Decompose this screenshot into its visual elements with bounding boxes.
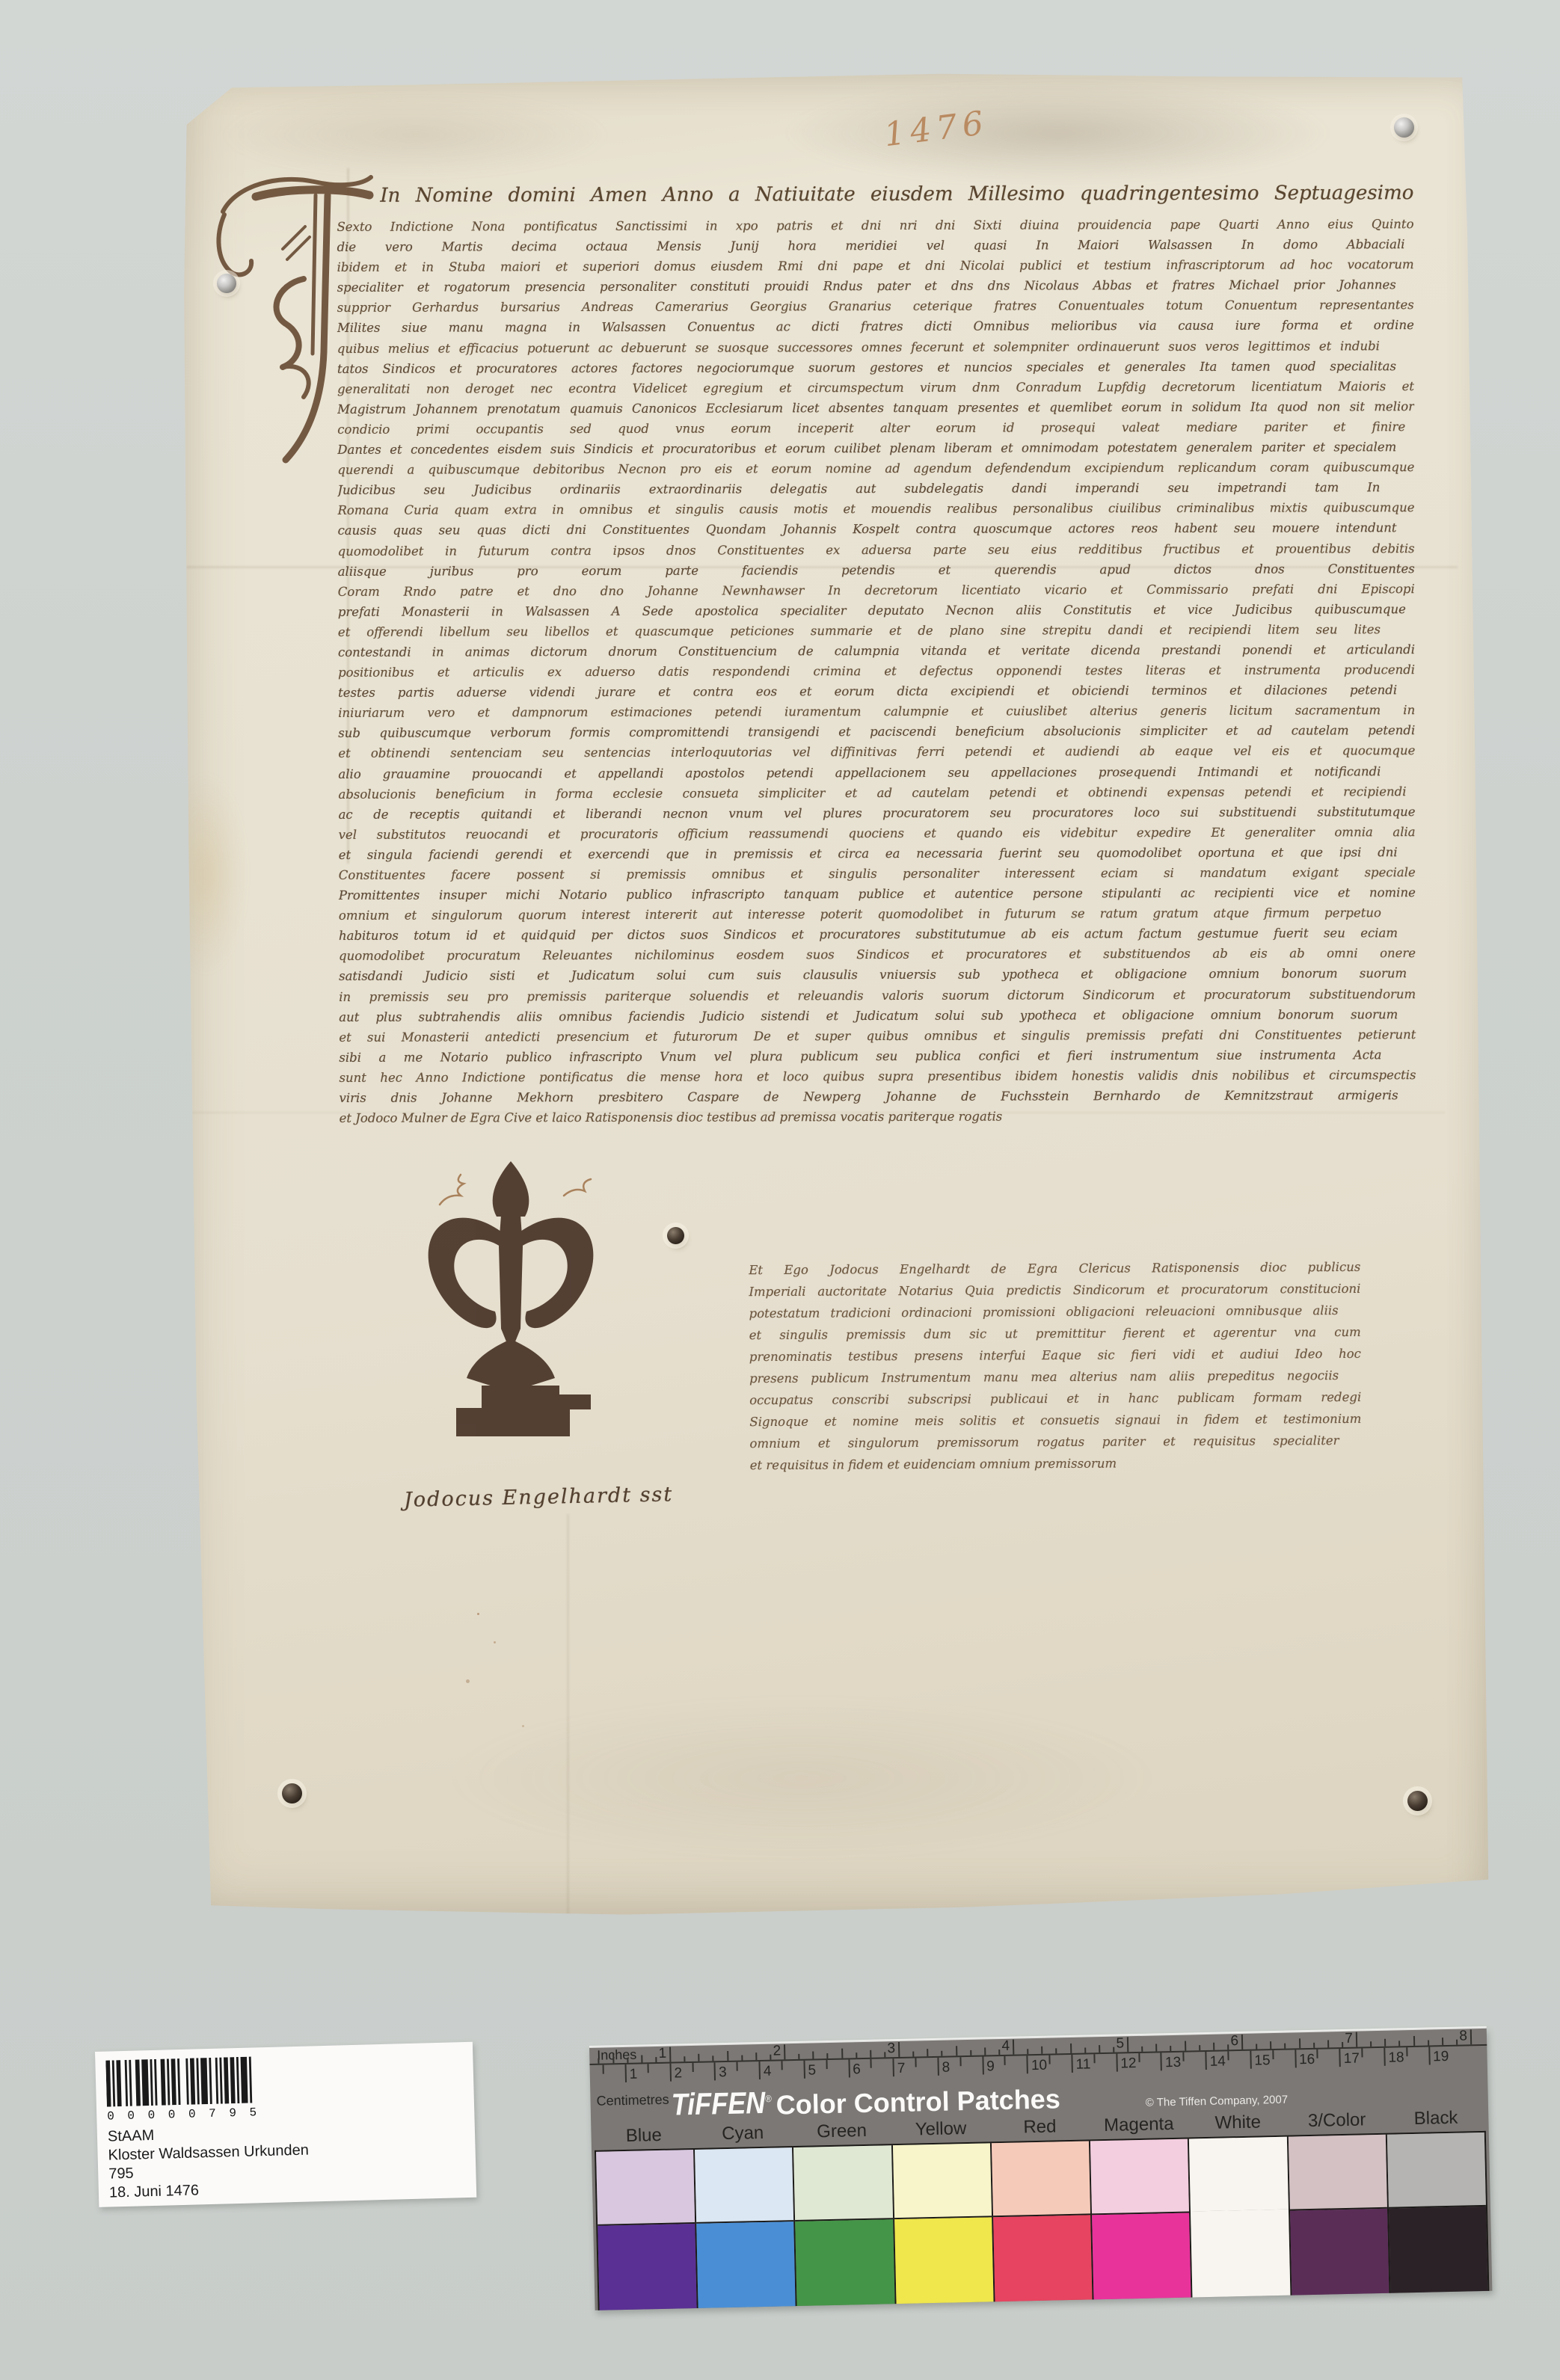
ruler-tick [669,2047,671,2062]
ruler-tick [612,2053,614,2063]
cm-number: 7 [897,2061,906,2077]
ruler-tick [1256,2044,1257,2050]
tiffen-logo: TiFFEN® [671,2085,772,2123]
ruler-tick [1270,2041,1271,2049]
inch-number: 2 [761,2043,781,2060]
fold-crease [567,1514,569,1933]
ruler-tick [1199,2045,1200,2050]
patch-column [893,2143,995,2304]
ruler-tick [759,2061,761,2079]
ruler-tick [893,2058,895,2076]
parchment-document: 1476 In Nomine domini Amen Anno a Natiui… [179,71,1490,1916]
ruler-tick [1339,2049,1341,2067]
manuscript-line: satisdandi Judicio sisti et Judicatum so… [339,967,1416,990]
ruler-tick [798,2054,799,2059]
ruler-tick [1406,2047,1407,2056]
notarial-line: Signoque et nomine meis solitis et consu… [749,1412,1361,1436]
barcode-digit: 5 [249,2106,257,2119]
patch-vivid-green [796,2219,895,2306]
manuscript-line: et singula faciendi gerendi et exercendi… [339,845,1416,868]
stain [219,93,612,176]
barcode-digit: 0 [168,2108,176,2121]
ruler-tick [1295,2050,1297,2067]
cm-number: 9 [986,2058,995,2075]
ruler-tick [1356,2032,1357,2047]
manuscript-line: Judicibus seu Judicibus ordinariis extra… [337,480,1414,503]
inch-number: 5 [1105,2035,1124,2052]
ruler-tick [1442,2038,1443,2045]
ruler-tick [982,2057,984,2075]
ruler-tick [812,2051,814,2058]
cm-number: 5 [808,2062,816,2079]
cm-number: 10 [1031,2058,1048,2074]
patch-label: Cyan [693,2122,793,2145]
barcode-digit: 7 [209,2107,216,2121]
manuscript-line: quomodolibet procuratum Releuantes nichi… [339,946,1416,969]
manuscript-line: prefati Monasterii in Walsassen A Sede a… [338,602,1415,625]
ruler-tick [1327,2040,1329,2047]
patch-vivid-3/color [1290,2209,1389,2296]
notarial-line: potestatum tradicioni ordinacioni promis… [749,1303,1361,1328]
manuscript-line: contestandi in animas dictorum dnorum Co… [338,642,1415,665]
manuscript-line: in premissis seu pro premissis pariterqu… [339,987,1416,1010]
patch-vivid-blue [598,2224,697,2310]
ruler-tick [1413,2036,1414,2046]
ruler-tick [1361,2048,1363,2057]
ruler-tick [1041,2047,1042,2054]
ruler-tick [784,2044,785,2059]
ruler-tick [1183,2052,1185,2061]
ruler-tick [803,2061,805,2079]
registered-mark: ® [765,2093,772,2104]
archival-scan: 1476 In Nomine domini Amen Anno a Natiui… [0,0,1560,2380]
ruler-tick [627,2058,628,2063]
patch-label: Green [792,2120,891,2143]
manuscript-line: Magistrum Johannem prenotatum quamuis Ca… [337,399,1414,422]
ruler-tick [1205,2052,1207,2070]
manuscript-line: et Jodoco Mulner de Egra Cive et laico R… [340,1110,1007,1131]
ruler-tick [827,2053,829,2058]
cm-number: 4 [764,2064,772,2080]
ruler-tick [641,2055,642,2062]
inch-number: 1 [647,2046,666,2063]
inch-number: 4 [990,2038,1010,2055]
ruler-tick [1284,2044,1286,2049]
ruler-tick [781,2061,782,2070]
ruler-tick [1161,2052,1163,2070]
patch-label: Blue [594,2124,693,2147]
manuscript-line: sunt hec Anno Indictione pontificatus di… [339,1068,1416,1091]
patch-vivid-cyan [696,2221,796,2308]
ruler-tick [942,2051,943,2056]
ruler-tick [1428,2047,1431,2064]
notarial-line: presens publicum Instrumentum manu mea a… [749,1368,1361,1393]
ruler-tick [1155,2044,1157,2051]
cm-number: 15 [1254,2052,1271,2069]
ruler-tick [856,2052,857,2058]
patch-column [1387,2133,1488,2293]
cm-number: 18 [1388,2050,1404,2066]
barcode-digit: 0 [107,2109,114,2123]
notarial-line: Imperiali auctoritate Notarius Quia pred… [749,1282,1360,1306]
patch-pastel-cyan [695,2147,793,2224]
ruler-tick [737,2062,738,2071]
ruler-tick [698,2054,699,2061]
notarial-subscription: Et Ego Jodocus Engelhardt de Egra Cleric… [749,1260,1362,1480]
patch-pastel-yellow [893,2143,992,2219]
ruler-tick [1049,2055,1051,2064]
barcode-digit: 9 [229,2106,236,2120]
ruler-tick [1056,2048,1057,2053]
ruler-tick [1027,2049,1028,2054]
manuscript-line: Constituentes facere possent si premissi… [339,865,1416,888]
archival-year-inscription: 1476 [882,104,990,155]
cm-number: 14 [1209,2053,1226,2070]
ruler-tick [1071,2055,1073,2073]
inch-number: 6 [1219,2033,1238,2050]
color-chart-title: Color Control Patches [776,2083,1060,2121]
ruler-tick [1013,2040,1014,2055]
ruler-tick [970,2050,971,2055]
patch-grid [595,2131,1489,2310]
ruler-tick [1185,2041,1186,2051]
manuscript-line: querendi a quibuscumque debitoribus Necn… [337,460,1414,483]
mounting-pin-bottom-right [1407,1791,1428,1811]
ruler-tick [1004,2056,1006,2065]
ruler-tick [1384,2048,1386,2066]
patch-column [1090,2139,1193,2300]
ruler-tick [1317,2050,1318,2058]
mounting-pin-middle [667,1227,684,1244]
ruler-tick [1027,2055,1029,2073]
patch-pastel-blue [596,2150,695,2226]
ruler-tick [826,2060,827,2069]
manuscript-line: et sui Monasterii antedicti presencium e… [339,1027,1416,1051]
ruler-tick [625,2064,627,2082]
manuscript-line: iniuriarum vero et dampnorum estimacione… [338,703,1415,726]
notarial-line: et singulis premissis dum sic ut premitt… [749,1325,1361,1350]
ruler-tick [959,2057,961,2066]
ruler-tick [956,2046,957,2055]
inch-number: 8 [1448,2028,1467,2045]
patch-column [992,2141,1094,2301]
manuscript-line: et offerendi libellum seu libellos et qu… [338,622,1415,645]
ruler-tick [937,2058,939,2076]
ruler-tick [647,2064,648,2073]
manuscript-line: generalitati non deroget nec econtra Vid… [337,379,1414,402]
patch-label: Black [1387,2107,1486,2130]
patch-vivid-black [1389,2207,1488,2293]
ruler-tick [1116,2054,1118,2072]
ruler-tick [1250,2051,1252,2069]
ruler-tick [870,2059,872,2068]
ruler-tick [755,2052,757,2060]
manuscript-text: In Nomine domini Amen Anno a Natiuitate … [337,182,1416,1131]
ruler-ticks: 1234567812345678910111213141516171819 [589,2028,1487,2047]
barcode-digits: 00000795 [107,2106,257,2123]
patch-label: White [1188,2112,1288,2135]
notarial-line: Et Ego Jodocus Engelhardt de Egra Cleric… [749,1260,1360,1285]
patch-pastel-red [992,2141,1090,2217]
ruler-tick [603,2065,604,2074]
manuscript-line: viris dnis Johanne Mekhorn presbitero Ca… [340,1088,1416,1111]
ruler-tick [1138,2053,1140,2062]
ruler-tick [669,2064,672,2082]
ruler-tick [727,2051,728,2061]
cm-number: 16 [1299,2052,1315,2068]
ruler-tick [1370,2041,1372,2047]
barcode [105,2056,257,2106]
cm-number: 11 [1075,2056,1090,2073]
ruler-tick [1298,2038,1300,2048]
manuscript-line: habituros totum id et quidquid per dicto… [339,926,1416,949]
ruler-tick [1093,2054,1095,2063]
ruler-tick [1241,2035,1243,2050]
barcode-digit: 0 [127,2109,135,2123]
ruler-tick [870,2050,871,2058]
archive-label-text: StAAMKloster Waldsassen Urkunden79518. J… [108,2123,310,2203]
patch-vivid-yellow [894,2217,994,2304]
cm-number: 1 [630,2067,638,2083]
manuscript-line: aut plus subtrahendis aliis omnibus faci… [339,1007,1416,1030]
patch-label: Magenta [1089,2114,1188,2137]
stain [166,772,245,975]
manuscript-line: alio grauamine prouocandi et appellandi … [338,764,1415,787]
ruler-tick [1227,2051,1229,2060]
manuscript-body: Sexto Indictione Nona pontificatus Sanct… [337,217,1416,1131]
ruler-tick [927,2049,928,2056]
barcode-digit: 0 [147,2109,155,2122]
barcode-digit: 0 [188,2108,196,2121]
manuscript-line: Milites siue manu magna in Walsassen Con… [337,319,1414,342]
manuscript-line: ibidem et in Stuba maiori et superiori d… [337,257,1414,280]
ruler-tick [1428,2041,1429,2046]
patch-pastel-white [1189,2137,1288,2212]
cm-number: 8 [942,2059,950,2076]
manuscript-line: quibus melius et efficacius potuerunt ac… [337,339,1414,362]
ruler-tick [598,2058,600,2064]
ruler-tick [1313,2043,1315,2048]
ruler-tick [1141,2047,1143,2052]
ruler-tick [1170,2046,1172,2051]
manuscript-line: die vero Martis decima octaua Mensis Jun… [337,237,1414,260]
notary-signature: Jodocus Engelhardt sst [404,1483,674,1512]
manuscript-line: ac de receptis quitandi et liberandi nec… [339,805,1416,828]
notarial-line: prenominatis testibus presens interfui E… [749,1347,1361,1371]
patch-pastel-magenta [1090,2139,1189,2216]
patch-column [1288,2135,1390,2296]
patch-vivid-white [1191,2210,1290,2298]
centimetres-scale-label: Centimetres [596,2092,669,2109]
cm-number: 3 [719,2064,727,2081]
cm-number: 13 [1165,2055,1182,2071]
patch-vivid-red [993,2215,1093,2301]
ruler-tick [714,2062,716,2080]
ruler-tick [713,2055,714,2061]
patch-column [596,2150,698,2310]
notarial-line: omnium et singulorum premissorum rogatus… [749,1433,1361,1458]
manuscript-line: positionibus et articulis ex aduerso dat… [338,662,1415,686]
ruler-tick [1398,2041,1400,2046]
stain [441,1695,1162,1861]
ruler-tick [841,2049,843,2058]
patch-label: Yellow [891,2118,991,2141]
manuscript-line: vel substitutos reuocandi et procuratori… [339,825,1416,848]
manuscript-line: testes partis aduerse videndi jurare et … [338,683,1415,706]
notary-mark-fleur-de-lis [417,1157,606,1450]
ruler-tick [912,2052,914,2057]
patch-label: 3/Color [1287,2109,1387,2133]
manuscript-line: Coram Rndo patre et dno dno Johanne Newn… [338,582,1415,605]
ruler-tick [1084,2048,1086,2053]
inches-scale-label: Inches [597,2047,636,2064]
notarial-line: occupatus conscribi subscripsi publicaui… [749,1390,1361,1415]
manuscript-line: sibi a me Notario publico infrascripto V… [339,1048,1416,1071]
ruler-tick [1470,2029,1472,2044]
ruler-tick [684,2056,685,2061]
cm-number: 17 [1344,2051,1360,2067]
cm-number: 19 [1433,2049,1449,2065]
patch-column [793,2145,896,2306]
patch-column [695,2147,797,2308]
inch-number: 3 [876,2041,895,2058]
ruler-tick [898,2042,900,2057]
manuscript-line: causis quas seu quas dicti dni Constitue… [338,521,1415,544]
ruler-tick [1213,2043,1214,2050]
copyright-text: © The Tiffen Company, 2007 [1146,2094,1289,2109]
cm-number: 6 [853,2061,861,2078]
patch-pastel-black [1387,2133,1486,2209]
patch-label: Red [990,2115,1090,2138]
manuscript-line: absolucionis beneficium in forma ecclesi… [338,784,1415,808]
ruler-tick [984,2047,986,2055]
ruler-tick [1384,2039,1386,2047]
manuscript-line: omnium et singulorum quorum interest int… [339,905,1416,929]
archive-label: 00000795 StAAMKloster Waldsassen Urkunde… [95,2042,476,2207]
manuscript-opening-line: In Nomine domini Amen Anno a Natiuitate … [337,182,1413,220]
cm-number: 12 [1120,2055,1137,2072]
manuscript-line: supprior Gerhardus bursarius Andreas Cam… [337,298,1414,321]
manuscript-line: Promittentes insuper michi Notario publi… [339,885,1416,908]
mounting-pin-bottom-left [282,1783,302,1804]
ruler-tick [741,2055,743,2061]
notarial-line: et requisitus in fidem et euidenciam omn… [750,1457,1087,1480]
stain [782,82,1333,184]
ruler-tick [915,2058,916,2067]
inch-number: 7 [1333,2031,1353,2048]
patch-column [1189,2137,1292,2298]
mounting-pin-top-right [1394,117,1414,138]
manuscript-line: tatos Sindicos et procuratores actores f… [337,359,1414,382]
ruler-tick [692,2063,693,2072]
ruler-tick [848,2059,850,2077]
patch-pastel-green [793,2145,892,2221]
manuscript-line: Dantes et concedentes eisdem suis Sindic… [337,440,1414,463]
ruler-tick [1099,2045,1100,2052]
manuscript-line: Sexto Indictione Nona pontificatus Sanct… [337,217,1413,240]
color-calibration-ruler: Inches 123456781234567891011121314151617… [589,2028,1492,2310]
cm-number: 2 [674,2065,682,2082]
patch-vivid-magenta [1092,2213,1191,2300]
manuscript-line: sub quibuscumque verborum formis comprom… [338,723,1415,746]
manuscript-line: Romana Curia quam extra in omnibus et si… [337,500,1414,523]
manuscript-line: et obtinendi sentenciam seu sentencias i… [338,744,1415,767]
manuscript-line: condicio primi occupantis sed quod vnus … [337,419,1414,443]
manuscript-line: aliisque juribus pro eorum parte faciend… [338,562,1415,585]
mounting-pin-top-left [217,274,236,293]
ruler-tick [1272,2050,1274,2059]
ruler-tick [1070,2044,1072,2053]
manuscript-line: specialiter et rogatorum presencia perso… [337,277,1414,301]
ink-speckles [477,1613,479,1615]
ruler-tick [1127,2037,1128,2052]
patch-pastel-3/color [1288,2135,1387,2211]
manuscript-line: quomodolibet in futurum contra ipsos dno… [338,541,1415,565]
